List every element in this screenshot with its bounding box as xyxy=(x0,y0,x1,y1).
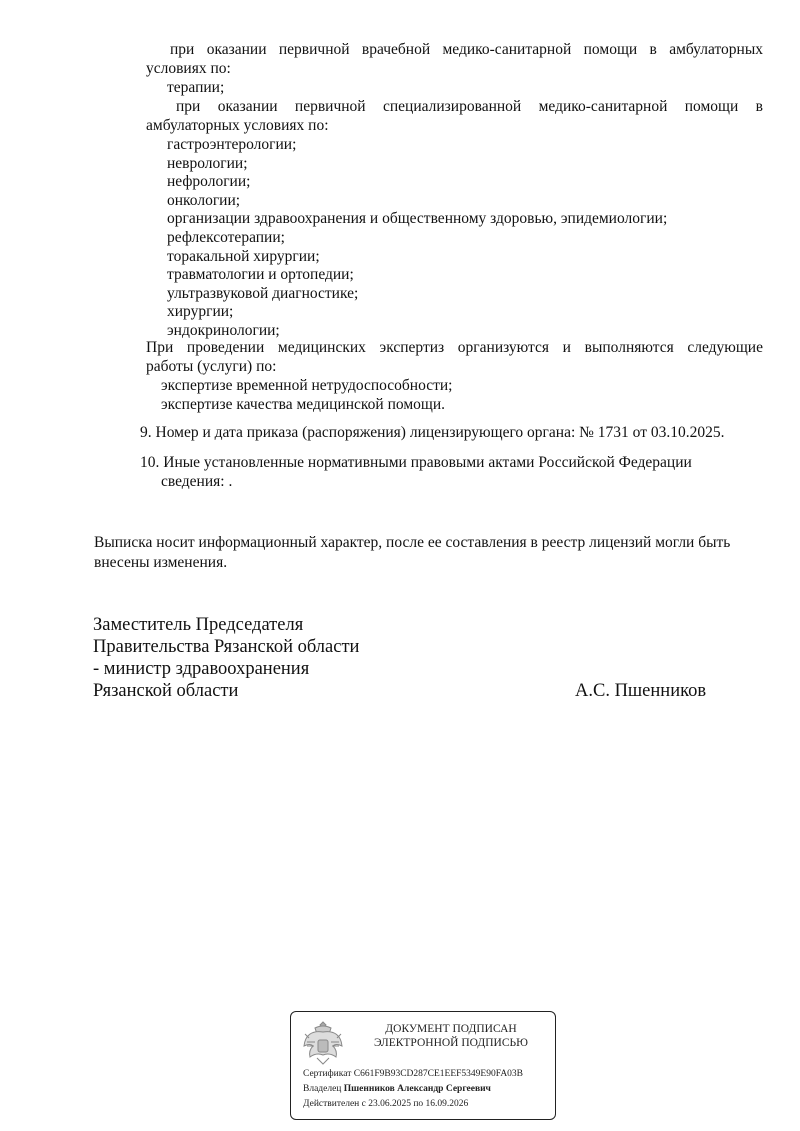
expertise-item: экспертизе качества медицинской помощи. xyxy=(161,395,445,414)
specialty-item: нефрологии; xyxy=(167,172,250,191)
para1-line2: условиях по: xyxy=(146,59,231,78)
specialty-item: организации здравоохранения и общественн… xyxy=(167,209,667,228)
expertise-item: экспертизе временной нетрудоспособности; xyxy=(161,376,452,395)
item-therapy: терапии; xyxy=(167,78,224,97)
owner-line: Владелец Пшенников Александр Сергеевич xyxy=(303,1083,491,1095)
note-line2: внесены изменения. xyxy=(94,553,227,572)
specialty-item: травматологии и ортопедии; xyxy=(167,265,354,284)
item-10-line1: 10. Иные установленные нормативными прав… xyxy=(140,453,692,472)
signer-position-line: Правительства Рязанской области xyxy=(93,636,359,658)
para3-line1: При проведении медицинских экспертиз орг… xyxy=(146,338,763,357)
item-10-line2: сведения: . xyxy=(161,472,232,491)
specialty-item: ультразвуковой диагностике; xyxy=(167,284,358,303)
certificate-number: C661F9B93CD287CE1EEF5349E90FA03B xyxy=(354,1069,523,1079)
owner-name: Пшенников Александр Сергеевич xyxy=(344,1084,491,1094)
para2-line1: при оказании первичной специализированно… xyxy=(146,97,763,116)
specialty-item: торакальной хирургии; xyxy=(167,247,320,266)
validity-line: Действителен с 23.06.2025 по 16.09.2026 xyxy=(303,1098,468,1110)
item-9-order: 9. Номер и дата приказа (распоряжения) л… xyxy=(140,423,725,442)
note-line1: Выписка носит информационный характер, п… xyxy=(94,533,730,552)
para3-line2: работы (услуги) по: xyxy=(146,357,276,376)
owner-label: Владелец xyxy=(303,1084,341,1094)
specialty-item: хирургии; xyxy=(167,302,233,321)
stamp-title-line1: ДОКУМЕНТ ПОДПИСАН xyxy=(353,1022,549,1036)
signer-position-line: Рязанской области xyxy=(93,680,238,702)
stamp-title-line2: ЭЛЕКТРОННОЙ ПОДПИСЬЮ xyxy=(353,1036,549,1050)
para2-line2: амбулаторных условиях по: xyxy=(146,116,329,135)
certificate-label: Сертификат xyxy=(303,1069,351,1079)
signer-position-line: - министр здравоохранения xyxy=(93,658,309,680)
specialty-item: неврологии; xyxy=(167,154,248,173)
signer-name: А.С. Пшенников xyxy=(575,680,706,702)
para1-line1: при оказании первичной врачебной медико-… xyxy=(146,40,763,59)
stamp-title: ДОКУМЕНТ ПОДПИСАН ЭЛЕКТРОННОЙ ПОДПИСЬЮ xyxy=(353,1022,549,1050)
certificate-line: Сертификат C661F9B93CD287CE1EEF5349E90FA… xyxy=(303,1068,523,1080)
electronic-signature-stamp: ДОКУМЕНТ ПОДПИСАН ЭЛЕКТРОННОЙ ПОДПИСЬЮ С… xyxy=(290,1011,556,1120)
signer-position-line: Заместитель Председателя xyxy=(93,614,303,636)
specialty-item: онкологии; xyxy=(167,191,240,210)
coat-of-arms-icon xyxy=(301,1018,345,1068)
specialty-item: гастроэнтерологии; xyxy=(167,135,296,154)
specialty-item: рефлексотерапии; xyxy=(167,228,285,247)
